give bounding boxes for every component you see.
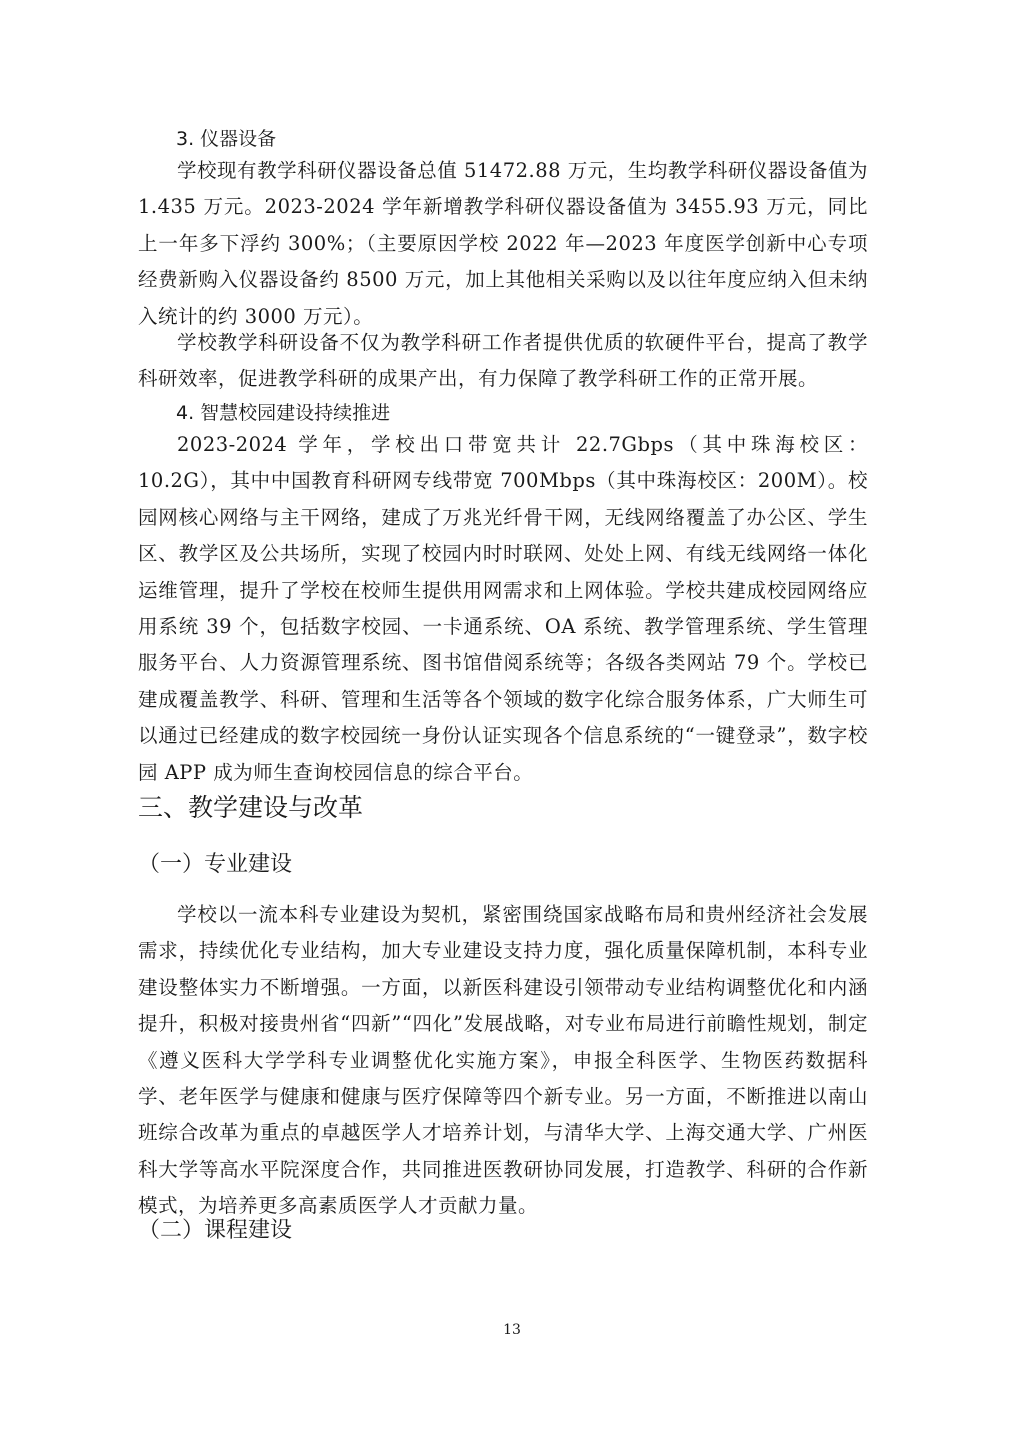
subsection-heading-major-construction: （一）专业建设 bbox=[138, 848, 292, 882]
section-heading-smart-campus: 4. 智慧校园建设持续推进 bbox=[176, 398, 390, 428]
paragraph-smart-campus: 2023-2024 学年，学校出口带宽共计 22.7Gbps（其中珠海校区：10… bbox=[138, 427, 868, 791]
paragraph-major-construction: 学校以一流本科专业建设为契机，紧密围绕国家战略布局和贵州经济社会发展需求，持续优… bbox=[138, 897, 868, 1225]
subsection-heading-course-construction: （二）课程建设 bbox=[138, 1214, 292, 1248]
chapter-heading-teaching-reform: 三、教学建设与改革 bbox=[138, 790, 363, 826]
page-number: 13 bbox=[0, 1322, 1024, 1338]
paragraph-instruments-benefit: 学校教学科研设备不仅为教学科研工作者提供优质的软硬件平台，提高了教学科研效率，促… bbox=[138, 325, 868, 398]
paragraph-instruments-value: 学校现有教学科研仪器设备总值 51472.88 万元，生均教学科研仪器设备值为 … bbox=[138, 153, 868, 335]
section-heading-instruments: 3. 仪器设备 bbox=[176, 124, 276, 154]
